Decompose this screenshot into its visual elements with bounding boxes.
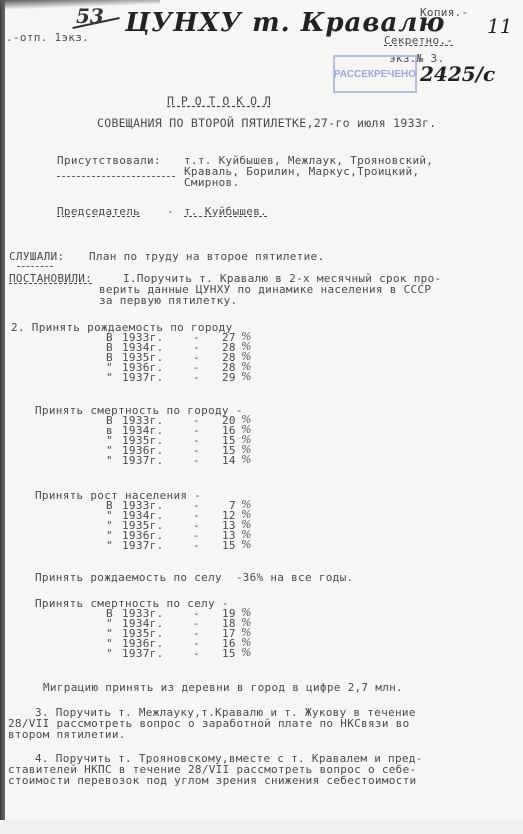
item4-line-3: стоимости перевозок под углом зрения сни… — [8, 775, 416, 786]
copy-label: Копия.- — [420, 7, 468, 18]
item3-line-3: втором пятилетии. — [8, 729, 126, 740]
migration-text: Миграцию принять из деревни в город в ци… — [43, 682, 403, 693]
row-prefix: " — [106, 372, 113, 383]
row-dash: - — [193, 648, 200, 659]
row-prefix: " — [106, 455, 113, 466]
row-dash: - — [193, 540, 200, 551]
row-unit: % — [241, 538, 251, 551]
row-unit: % — [241, 646, 251, 659]
document-title: П Р О Т О К О Л — [167, 96, 271, 107]
attendance-label: Присутствовали: — [57, 155, 161, 166]
stamp-text: РАССЕКРЕЧЕНО — [334, 69, 416, 80]
row-dash: - — [193, 372, 200, 383]
heard-underline — [17, 266, 53, 267]
chair-label: Председатель — [57, 206, 140, 217]
row-value: 15 — [222, 648, 236, 659]
row-year: 1937г. — [122, 372, 164, 383]
row-year: 1937г. — [122, 648, 164, 659]
row-prefix: " — [106, 540, 113, 551]
left-note: .-отп. 1экз. — [6, 32, 89, 43]
heard-text: План по труду на второе пятилетие. — [89, 251, 324, 262]
row-dash: - — [193, 455, 200, 466]
resolved-line-3: за первую пятилетку. — [99, 295, 237, 306]
secrecy-label: Секретно.- — [384, 35, 453, 46]
resolved-label: ПОСТАНОВИЛИ: — [9, 273, 92, 284]
chair-value: т. Куйбышев. — [184, 206, 267, 217]
attendance-line-3: Смирнов. — [184, 177, 239, 188]
row-year: 1937г. — [122, 455, 164, 466]
row-value: 15 — [222, 540, 236, 551]
page-bottom-margin — [0, 820, 523, 834]
sheet-number: 11 — [487, 14, 512, 38]
row-value: 14 — [222, 455, 236, 466]
row-value: 29 — [222, 372, 236, 383]
attendance-underline — [57, 176, 175, 177]
page-binding-edge — [0, 0, 5, 820]
row-prefix: " — [106, 648, 113, 659]
row-unit: % — [241, 370, 251, 383]
row-unit: % — [241, 453, 251, 466]
section-heading: Принять рост населения - — [35, 490, 201, 501]
document-subtitle: СОВЕЩАНИЯ ПО ВТОРОЙ ПЯТИЛЕТКЕ,27-го июля… — [97, 118, 437, 129]
row-year: 1937г. — [122, 540, 164, 551]
chair-dash: - — [167, 206, 174, 217]
handwritten-registry: 2425/с — [420, 62, 495, 86]
heard-label: СЛУШАЛИ: — [9, 251, 64, 262]
section-heading: Принять рождаемость по селу -36% на все … — [35, 572, 353, 583]
declassified-stamp: РАССЕКРЕЧЕНО — [333, 55, 417, 93]
